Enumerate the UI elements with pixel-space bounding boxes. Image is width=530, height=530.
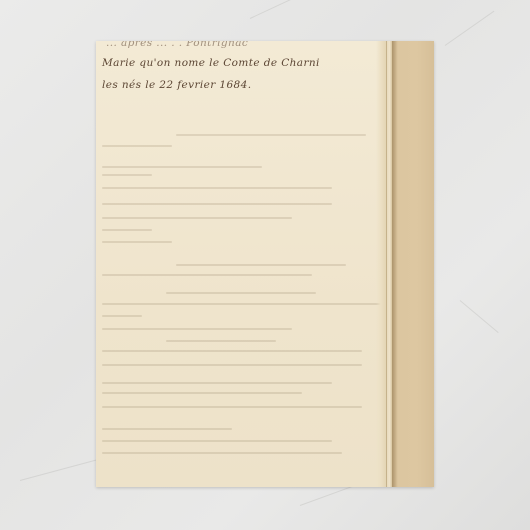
handwriting-line-3: les nés le 22 fevrier 1684. <box>102 79 251 91</box>
marble-vein <box>460 300 499 333</box>
ghost-text-line <box>176 134 366 136</box>
ghost-text-line <box>102 174 152 176</box>
ghost-text-line <box>102 187 332 189</box>
ghost-text-line <box>102 428 232 430</box>
ghost-text-line <box>102 145 172 147</box>
torn-page-edge <box>376 41 392 487</box>
binding-shadow <box>392 41 398 487</box>
ghost-text-line <box>102 328 292 330</box>
ghost-text-line <box>102 440 332 442</box>
ghost-text-line <box>102 452 342 454</box>
ghost-text-line <box>102 274 312 276</box>
handwriting-line-2: Marie qu'on nome le Comte de Charni <box>102 57 320 69</box>
ghost-text-line <box>102 382 332 384</box>
binding-strip <box>392 41 434 487</box>
ghost-text-line <box>102 203 332 205</box>
marble-vein <box>20 459 98 481</box>
ghost-text-line <box>176 264 346 266</box>
manuscript-postcard: ... apres ... . . Pontrignac Marie qu'on… <box>96 41 434 487</box>
ghost-text-line <box>102 315 142 317</box>
ghost-text-line <box>102 166 262 168</box>
ghost-text-line <box>166 292 316 294</box>
ghost-text-line <box>102 392 302 394</box>
ghost-text-line <box>102 241 172 243</box>
marble-vein <box>250 0 314 19</box>
handwriting-line-1: ... apres ... . . Pontrignac <box>106 41 248 49</box>
fold-line <box>386 41 387 487</box>
ghost-text-line <box>102 303 382 305</box>
manuscript-page: ... apres ... . . Pontrignac Marie qu'on… <box>96 41 390 487</box>
ghost-text-line <box>102 350 362 352</box>
marble-vein <box>445 11 495 46</box>
ghost-text-line <box>166 340 276 342</box>
ghost-text-line <box>102 364 362 366</box>
ghost-text-line <box>102 217 292 219</box>
ghost-text-line <box>102 406 362 408</box>
ghost-text-line <box>102 229 152 231</box>
